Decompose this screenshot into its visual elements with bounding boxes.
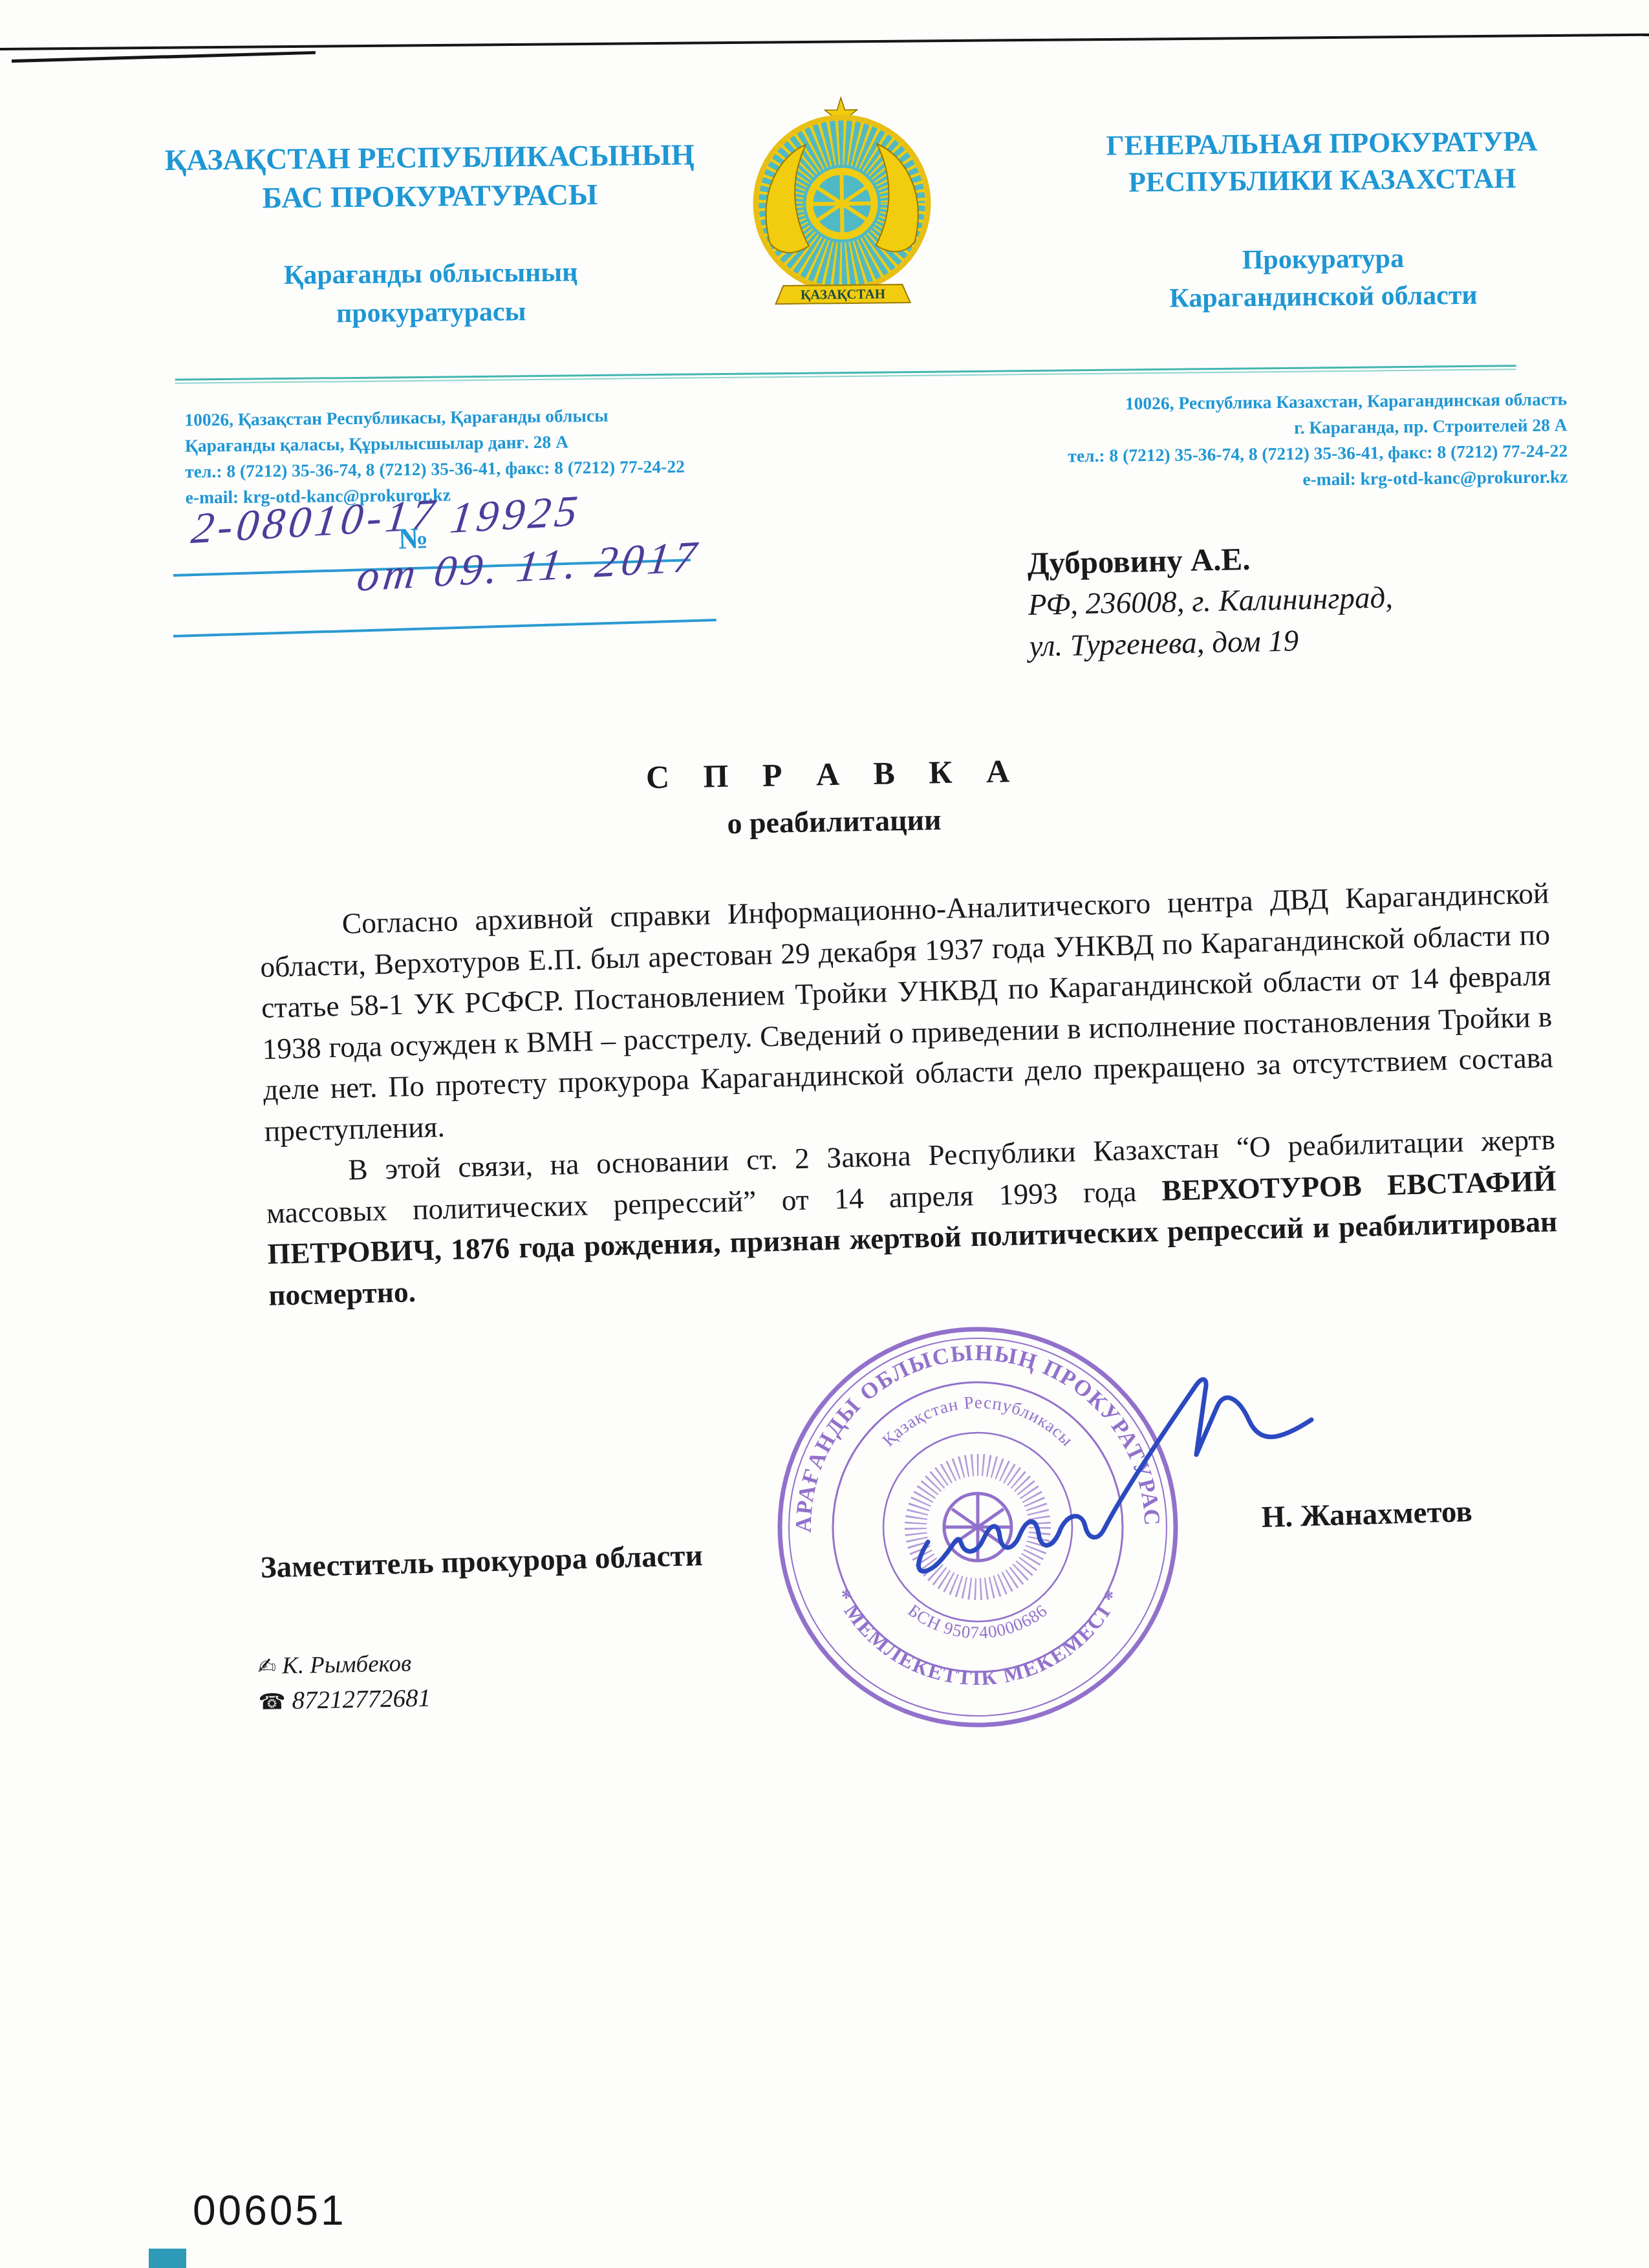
- executor-block: ✍ К. Рымбеков ☎ 87212772681: [257, 1647, 431, 1720]
- handwritten-number: 19925: [447, 485, 584, 544]
- kazakhstan-emblem: ҚАЗАҚСТАН: [744, 92, 940, 317]
- letterhead-left-subtitle-line1: Қарағанды облысының: [162, 253, 700, 295]
- phone-icon: ☎: [258, 1689, 286, 1715]
- letterhead-right-title-line1: ГЕНЕРАЛЬНАЯ ПРОКУРАТУРА: [1066, 123, 1578, 164]
- document-subtitle: о реабилитации: [511, 798, 1158, 844]
- document-title: С П Р А В К А: [511, 749, 1158, 798]
- addressee-name: Дубровину А.Е.: [1027, 535, 1392, 584]
- right-address-block: 10026, Республика Казахстан, Карагандинс…: [972, 386, 1568, 496]
- executor-name: К. Рымбеков: [282, 1650, 412, 1679]
- letterhead-divider-rule: [175, 365, 1516, 384]
- form-serial-number: 006051: [193, 2187, 347, 2234]
- letterhead-right-subtitle-line2: Карагандинской области: [1068, 276, 1579, 317]
- body-paragraph-2: В этой связи, на основании ст. 2 Закона …: [265, 1118, 1559, 1315]
- pen-icon: ✍: [257, 1653, 276, 1680]
- right-address-line: e-mail: krg-otd-kanc@prokuror.kz: [973, 464, 1568, 496]
- emblem-banner-text: ҚАЗАҚСТАН: [801, 286, 885, 302]
- scanned-document-page: ҚАЗАҚСТАН РЕСПУБЛИКАСЫНЫҢ БАС ПРОКУРАТУР…: [0, 0, 1649, 2268]
- body-paragraph-1: Согласно архивной справки Информационно-…: [259, 873, 1555, 1151]
- signer-name: Н. Жанахметов: [1261, 1494, 1472, 1535]
- pen-signature: [892, 1345, 1358, 1590]
- letterhead-right-title-line2: РЕСПУБЛИКИ КАЗАХСТАН: [1066, 160, 1578, 200]
- executor-phone: 87212772681: [292, 1684, 431, 1715]
- scan-artifact-strip: [149, 2249, 186, 2268]
- addressee-block: Дубровину А.Е. РФ, 236008, г. Калинингра…: [1027, 535, 1394, 667]
- document-body: Согласно архивной справки Информационно-…: [259, 873, 1558, 1316]
- letterhead-left-title-line1: ҚАЗАҚСТАН РЕСПУБЛИКАСЫНЫҢ: [161, 136, 698, 178]
- letterhead-left-title-line2: БАС ПРОКУРАТУРАСЫ: [162, 175, 699, 217]
- addressee-address-line2: ул. Тургенева, дом 19: [1029, 618, 1394, 667]
- letterhead: ҚАЗАҚСТАН РЕСПУБЛИКАСЫНЫҢ БАС ПРОКУРАТУР…: [0, 0, 1649, 692]
- letterhead-left-subtitle-line2: прокуратурасы: [162, 292, 700, 334]
- signer-position: Заместитель прокурора области: [260, 1538, 703, 1585]
- letterhead-right-subtitle-line1: Прокуратура: [1068, 239, 1579, 280]
- addressee-address-line1: РФ, 236008, г. Калининград,: [1028, 577, 1393, 626]
